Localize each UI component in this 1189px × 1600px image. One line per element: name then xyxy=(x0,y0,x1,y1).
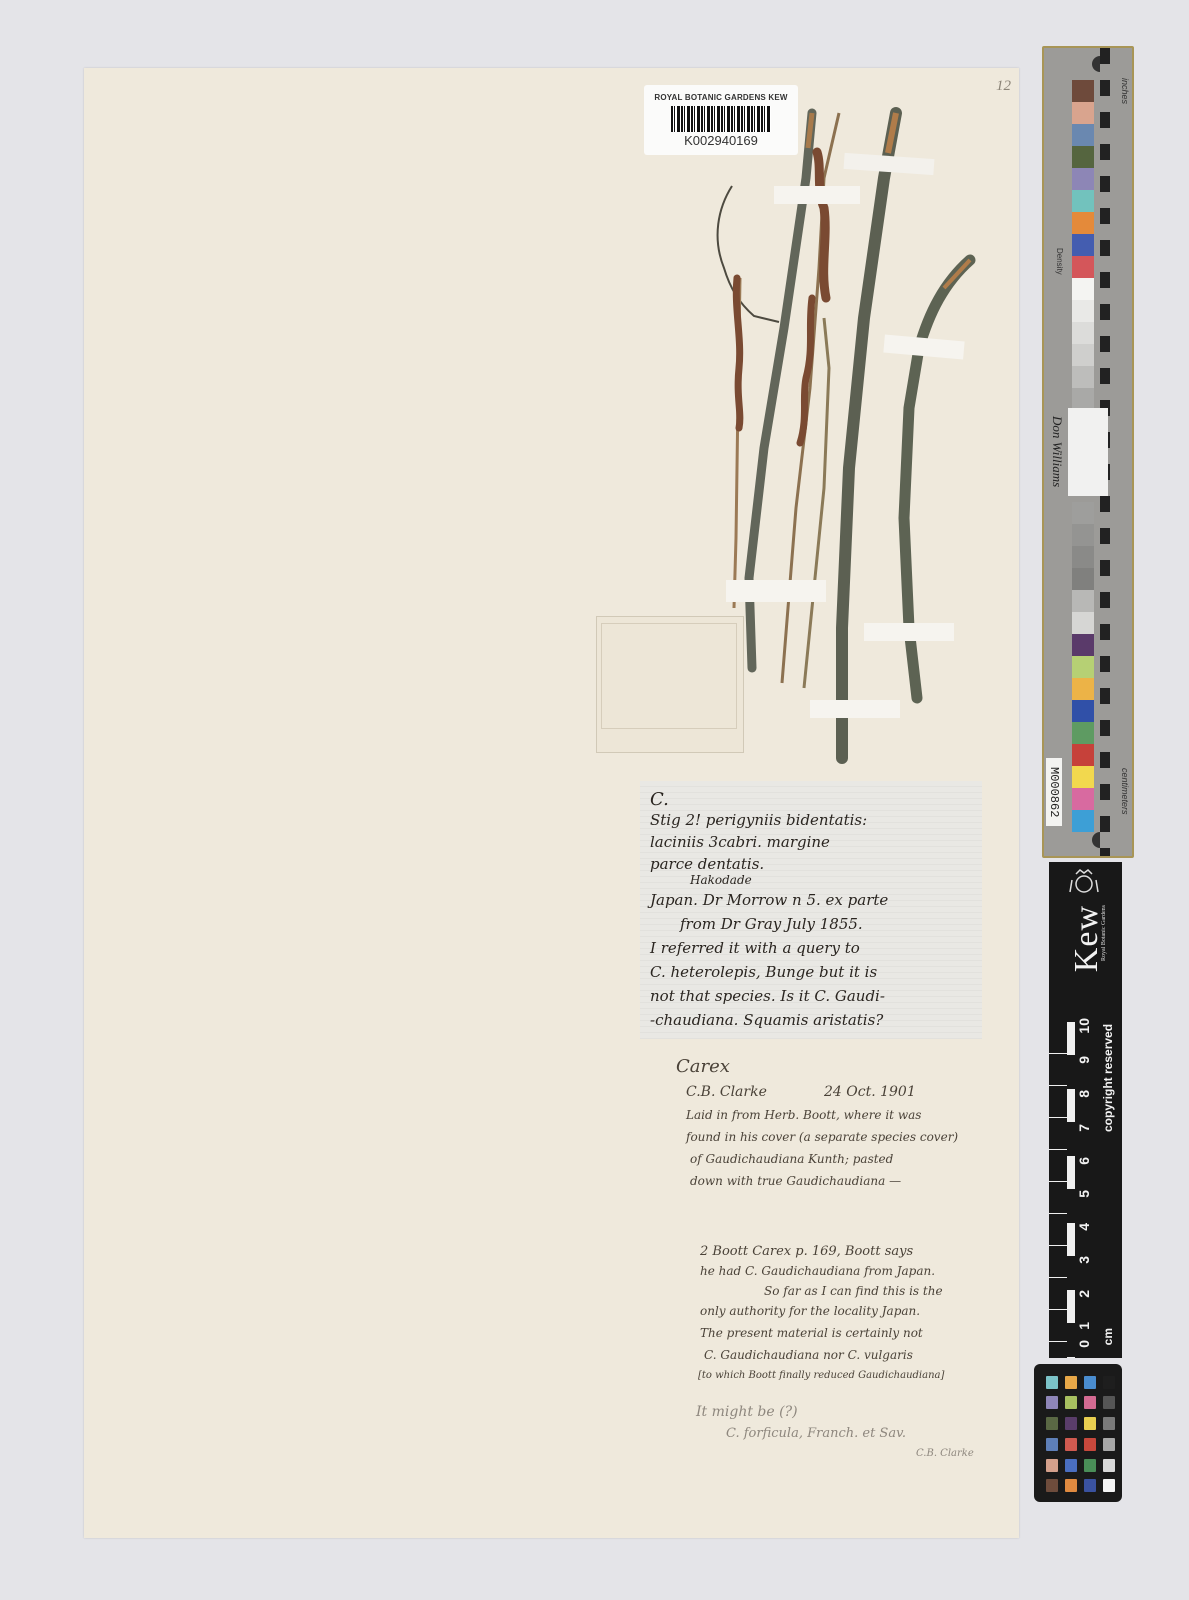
checker-chip xyxy=(1103,1376,1115,1389)
color-swatch xyxy=(1072,678,1094,700)
annotation-date: 24 Oct. 1901 xyxy=(824,1084,916,1100)
annotation-line: C. Gaudichaudiana nor C. vulgaris xyxy=(704,1348,913,1362)
ruler-number: 7 xyxy=(1076,1124,1096,1132)
ruler-number: 3 xyxy=(1076,1256,1096,1264)
checker-chip xyxy=(1103,1438,1115,1451)
color-swatch xyxy=(1072,810,1094,832)
checker-chip xyxy=(1084,1459,1096,1472)
packet-flap xyxy=(601,623,737,729)
checker-chip xyxy=(1046,1376,1058,1389)
det-line: Stig 2! perigyniis bidentatis: xyxy=(650,811,867,829)
checker-chip xyxy=(1065,1459,1077,1472)
annotation-line: The present material is certainly not xyxy=(700,1326,923,1340)
color-swatch xyxy=(1072,256,1094,278)
checker-chip xyxy=(1065,1396,1077,1409)
checker-chip xyxy=(1084,1376,1096,1389)
color-swatch xyxy=(1072,388,1094,410)
checker-chip xyxy=(1084,1479,1096,1492)
color-swatch xyxy=(1072,146,1094,168)
checker-chip xyxy=(1084,1438,1096,1451)
det-line: from Dr Gray July 1855. xyxy=(680,915,863,933)
color-swatch xyxy=(1072,744,1094,766)
det-line: parce dentatis. xyxy=(650,855,764,873)
checker-chip xyxy=(1046,1479,1058,1492)
ruler-number: 1 xyxy=(1076,1322,1096,1330)
det-line: C. xyxy=(650,789,669,810)
annotation-line: found in his cover (a separate species c… xyxy=(686,1130,958,1144)
cm-scale-inner xyxy=(1067,1022,1075,1358)
annotation-line: only authority for the locality Japan. xyxy=(700,1304,920,1318)
annotation-author: C.B. Clarke xyxy=(686,1084,767,1100)
color-swatch xyxy=(1072,700,1094,722)
ruler-number: 4 xyxy=(1076,1223,1096,1231)
ruler-number: 6 xyxy=(1076,1157,1096,1165)
ruler-number: 2 xyxy=(1076,1290,1096,1298)
annotation-line: Laid in from Herb. Boott, where it was xyxy=(686,1108,921,1122)
color-swatch xyxy=(1072,212,1094,234)
color-swatch xyxy=(1072,612,1094,634)
color-swatch xyxy=(1072,190,1094,212)
pencil-signature: C.B. Clarke xyxy=(916,1448,974,1459)
copyright-notice: copyright reserved xyxy=(1101,998,1115,1158)
ruler-number: 9 xyxy=(1076,1056,1096,1064)
annotation-line: he had C. Gaudichaudiana from Japan. xyxy=(700,1264,935,1278)
color-swatch xyxy=(1072,766,1094,788)
determination-label: C. Stig 2! perigyniis bidentatis: lacini… xyxy=(640,781,982,1039)
units-inches: inches xyxy=(1120,78,1130,104)
checker-chip xyxy=(1084,1417,1096,1430)
det-line: -chaudiana. Squamis aristatis? xyxy=(650,1011,883,1029)
det-line: C. heterolepis, Bunge but it is xyxy=(650,963,877,981)
checker-chip xyxy=(1084,1396,1096,1409)
det-line: Hakodade xyxy=(690,873,752,887)
annotation-line: So far as I can find this is the xyxy=(764,1284,943,1298)
color-swatch xyxy=(1072,366,1094,388)
ruler-number: 10 xyxy=(1076,1018,1096,1034)
color-swatch xyxy=(1072,788,1094,810)
pencil-line: C. forficula, Franch. et Sav. xyxy=(726,1426,906,1441)
checker-chip xyxy=(1046,1417,1058,1430)
checker-chip xyxy=(1065,1438,1077,1451)
checker-chip xyxy=(1065,1417,1077,1430)
color-swatch xyxy=(1072,234,1094,256)
color-swatch xyxy=(1072,568,1094,590)
color-swatch xyxy=(1072,102,1094,124)
det-line: not that species. Is it C. Gaudi- xyxy=(650,987,885,1005)
ruler-number: 8 xyxy=(1076,1090,1096,1098)
det-line: I referred it with a query to xyxy=(650,939,860,957)
color-swatch xyxy=(1072,546,1094,568)
color-swatch xyxy=(1072,322,1094,344)
strip-brand: Don Williams xyxy=(1049,416,1065,487)
annotation-line: 2 Boott Carex p. 169, Boott says xyxy=(700,1244,913,1259)
det-line: Japan. Dr Morrow n 5. ex parte xyxy=(650,891,888,909)
color-swatch xyxy=(1072,524,1094,546)
det-line: laciniis 3cabri. margine xyxy=(650,833,830,851)
color-swatch xyxy=(1072,278,1094,300)
annotation-line: of Gaudichaudiana Kunth; pasted xyxy=(690,1152,893,1166)
checker-chip xyxy=(1103,1459,1115,1472)
checker-chip xyxy=(1046,1438,1058,1451)
color-swatch xyxy=(1072,502,1094,524)
ruler-unit: cm xyxy=(1101,1328,1115,1345)
annotation-line: down with true Gaudichaudiana — xyxy=(690,1174,901,1188)
color-swatch xyxy=(1072,80,1094,102)
annotation-line: [to which Boott finally reduced Gaudicha… xyxy=(698,1370,944,1381)
color-swatch xyxy=(1072,344,1094,366)
ruler-number: 5 xyxy=(1076,1190,1096,1198)
color-swatch xyxy=(1072,722,1094,744)
annotation-genus: Carex xyxy=(676,1056,730,1077)
plant-specimen xyxy=(84,68,1019,788)
cm-scale-outer xyxy=(1049,1022,1067,1358)
units-centimeters: centimeters xyxy=(1120,768,1130,815)
checker-chip xyxy=(1046,1396,1058,1409)
checker-chip xyxy=(1046,1459,1058,1472)
density-label: Density xyxy=(1055,248,1064,275)
color-swatch xyxy=(1072,300,1094,322)
checker-chip xyxy=(1065,1376,1077,1389)
checker-chip xyxy=(1103,1417,1115,1430)
color-swatch xyxy=(1072,168,1094,190)
color-swatch xyxy=(1072,590,1094,612)
royal-crest-icon xyxy=(1066,866,1102,900)
checker-chip xyxy=(1065,1479,1077,1492)
pencil-line: It might be (?) xyxy=(696,1404,798,1420)
herbarium-sheet: 12 ROYAL BOTANIC GARDENS KEW K002940169 xyxy=(84,68,1019,1538)
gray-target-card xyxy=(1068,408,1108,496)
fragment-packet xyxy=(596,616,744,753)
checker-chip xyxy=(1103,1396,1115,1409)
color-checker-card xyxy=(1034,1364,1122,1502)
ruler-number: 0 xyxy=(1076,1340,1096,1348)
color-swatch xyxy=(1072,124,1094,146)
color-swatch xyxy=(1072,634,1094,656)
accession-number: M000862 xyxy=(1046,758,1062,826)
checker-chip xyxy=(1103,1479,1115,1492)
kew-subtitle: Royal Botanic Gardens xyxy=(1101,905,1107,961)
color-swatch xyxy=(1072,656,1094,678)
